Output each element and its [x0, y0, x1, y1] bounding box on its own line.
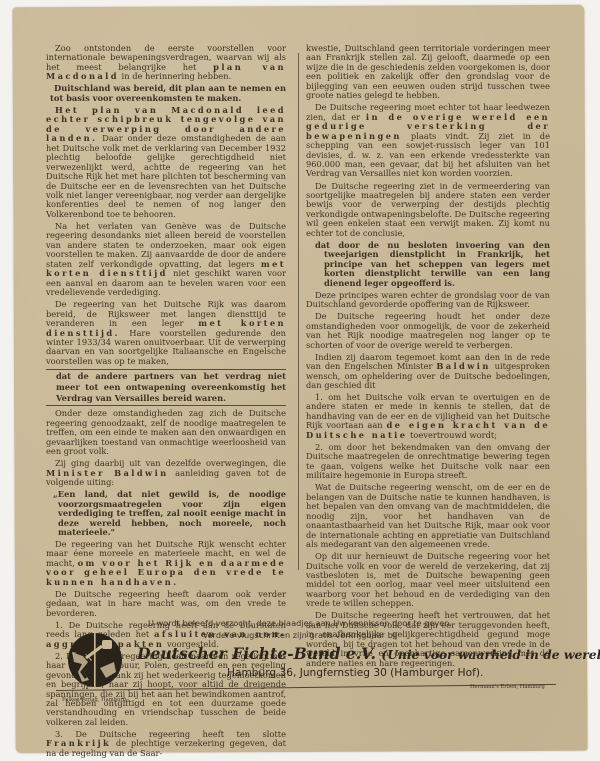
numbered-point-2: 2. om door het bekendmaken van den omvan…	[306, 443, 550, 481]
publisher-imprint: Falken-Verlag, Hamburg	[62, 697, 126, 703]
paragraph: De Duitsche regeering heeft daarom ook v…	[46, 590, 286, 618]
conclusion-statement: dat door de nu besloten invoering van de…	[306, 241, 550, 288]
paragraph: Deze principes waren echter de grondslag…	[306, 291, 550, 310]
printer-imprint: Hermann's Erben, Hamburg	[470, 684, 545, 690]
paragraph: Indien zij daarom tegemoet komt aan den …	[306, 353, 550, 391]
numbered-point-3: 3. De Duitsche regeering heeft ten slott…	[46, 730, 286, 758]
right-column: kwestie, Duitschland geen territoriale v…	[306, 44, 550, 671]
organization-address: Hamburg 36, Jungfernstieg 30 (Hamburger …	[227, 667, 483, 679]
paragraph: Zoo ontstonden de eerste voorstellen voo…	[46, 44, 286, 82]
baldwin-quote: „Een land, dat niet gewild is, de noodig…	[46, 490, 286, 537]
organization-subtitle: (Unie voor waarheid in de wereld),	[381, 647, 600, 662]
paragraph: Het plan van Macdonald leed echter schip…	[46, 106, 286, 219]
paragraph: De Duitsche regeering houdt het onder de…	[306, 312, 550, 350]
paragraph: De Duitsche regeering ziet in de vermeer…	[306, 182, 550, 239]
paragraph: Op dit uur hernieuwt de Duitsche regeeri…	[306, 552, 550, 609]
numbered-point-1: 1. om het Duitsche volk ervan te overtui…	[306, 393, 550, 440]
column-divider	[298, 53, 299, 570]
paragraph: De Duitsche regeering moet echter tot ha…	[306, 103, 550, 179]
paragraph: De regeering van het Duitsche Rijk was d…	[46, 300, 286, 366]
boxed-statement: dat de andere partners van het verdrag n…	[46, 369, 286, 406]
paragraph: Na het verlaten van Genève was de Duitsc…	[46, 222, 286, 298]
fist-and-runner-emblem-icon	[64, 628, 126, 690]
paragraph: Zij ging daarbij uit van dezelfde overwe…	[46, 459, 286, 487]
paragraph: Wat de Duitsche regeering wenscht, om de…	[306, 483, 550, 549]
organization-name: Deutscher Fichte-Bund e.V. (Unie voor wa…	[137, 644, 600, 663]
paragraph: kwestie, Duitschland geen territoriale v…	[306, 44, 550, 101]
emphasis-paragraph: Duitschland was bereid, dit plan aan te …	[46, 84, 286, 103]
paragraph: De regeering van het Duitsche Rijk wensc…	[46, 540, 286, 587]
distribution-notice: U wordt beleefd verzocht, deze blaadjes …	[0, 618, 600, 628]
paragraph: Onder deze omstandigheden zag zich de Du…	[46, 409, 286, 456]
